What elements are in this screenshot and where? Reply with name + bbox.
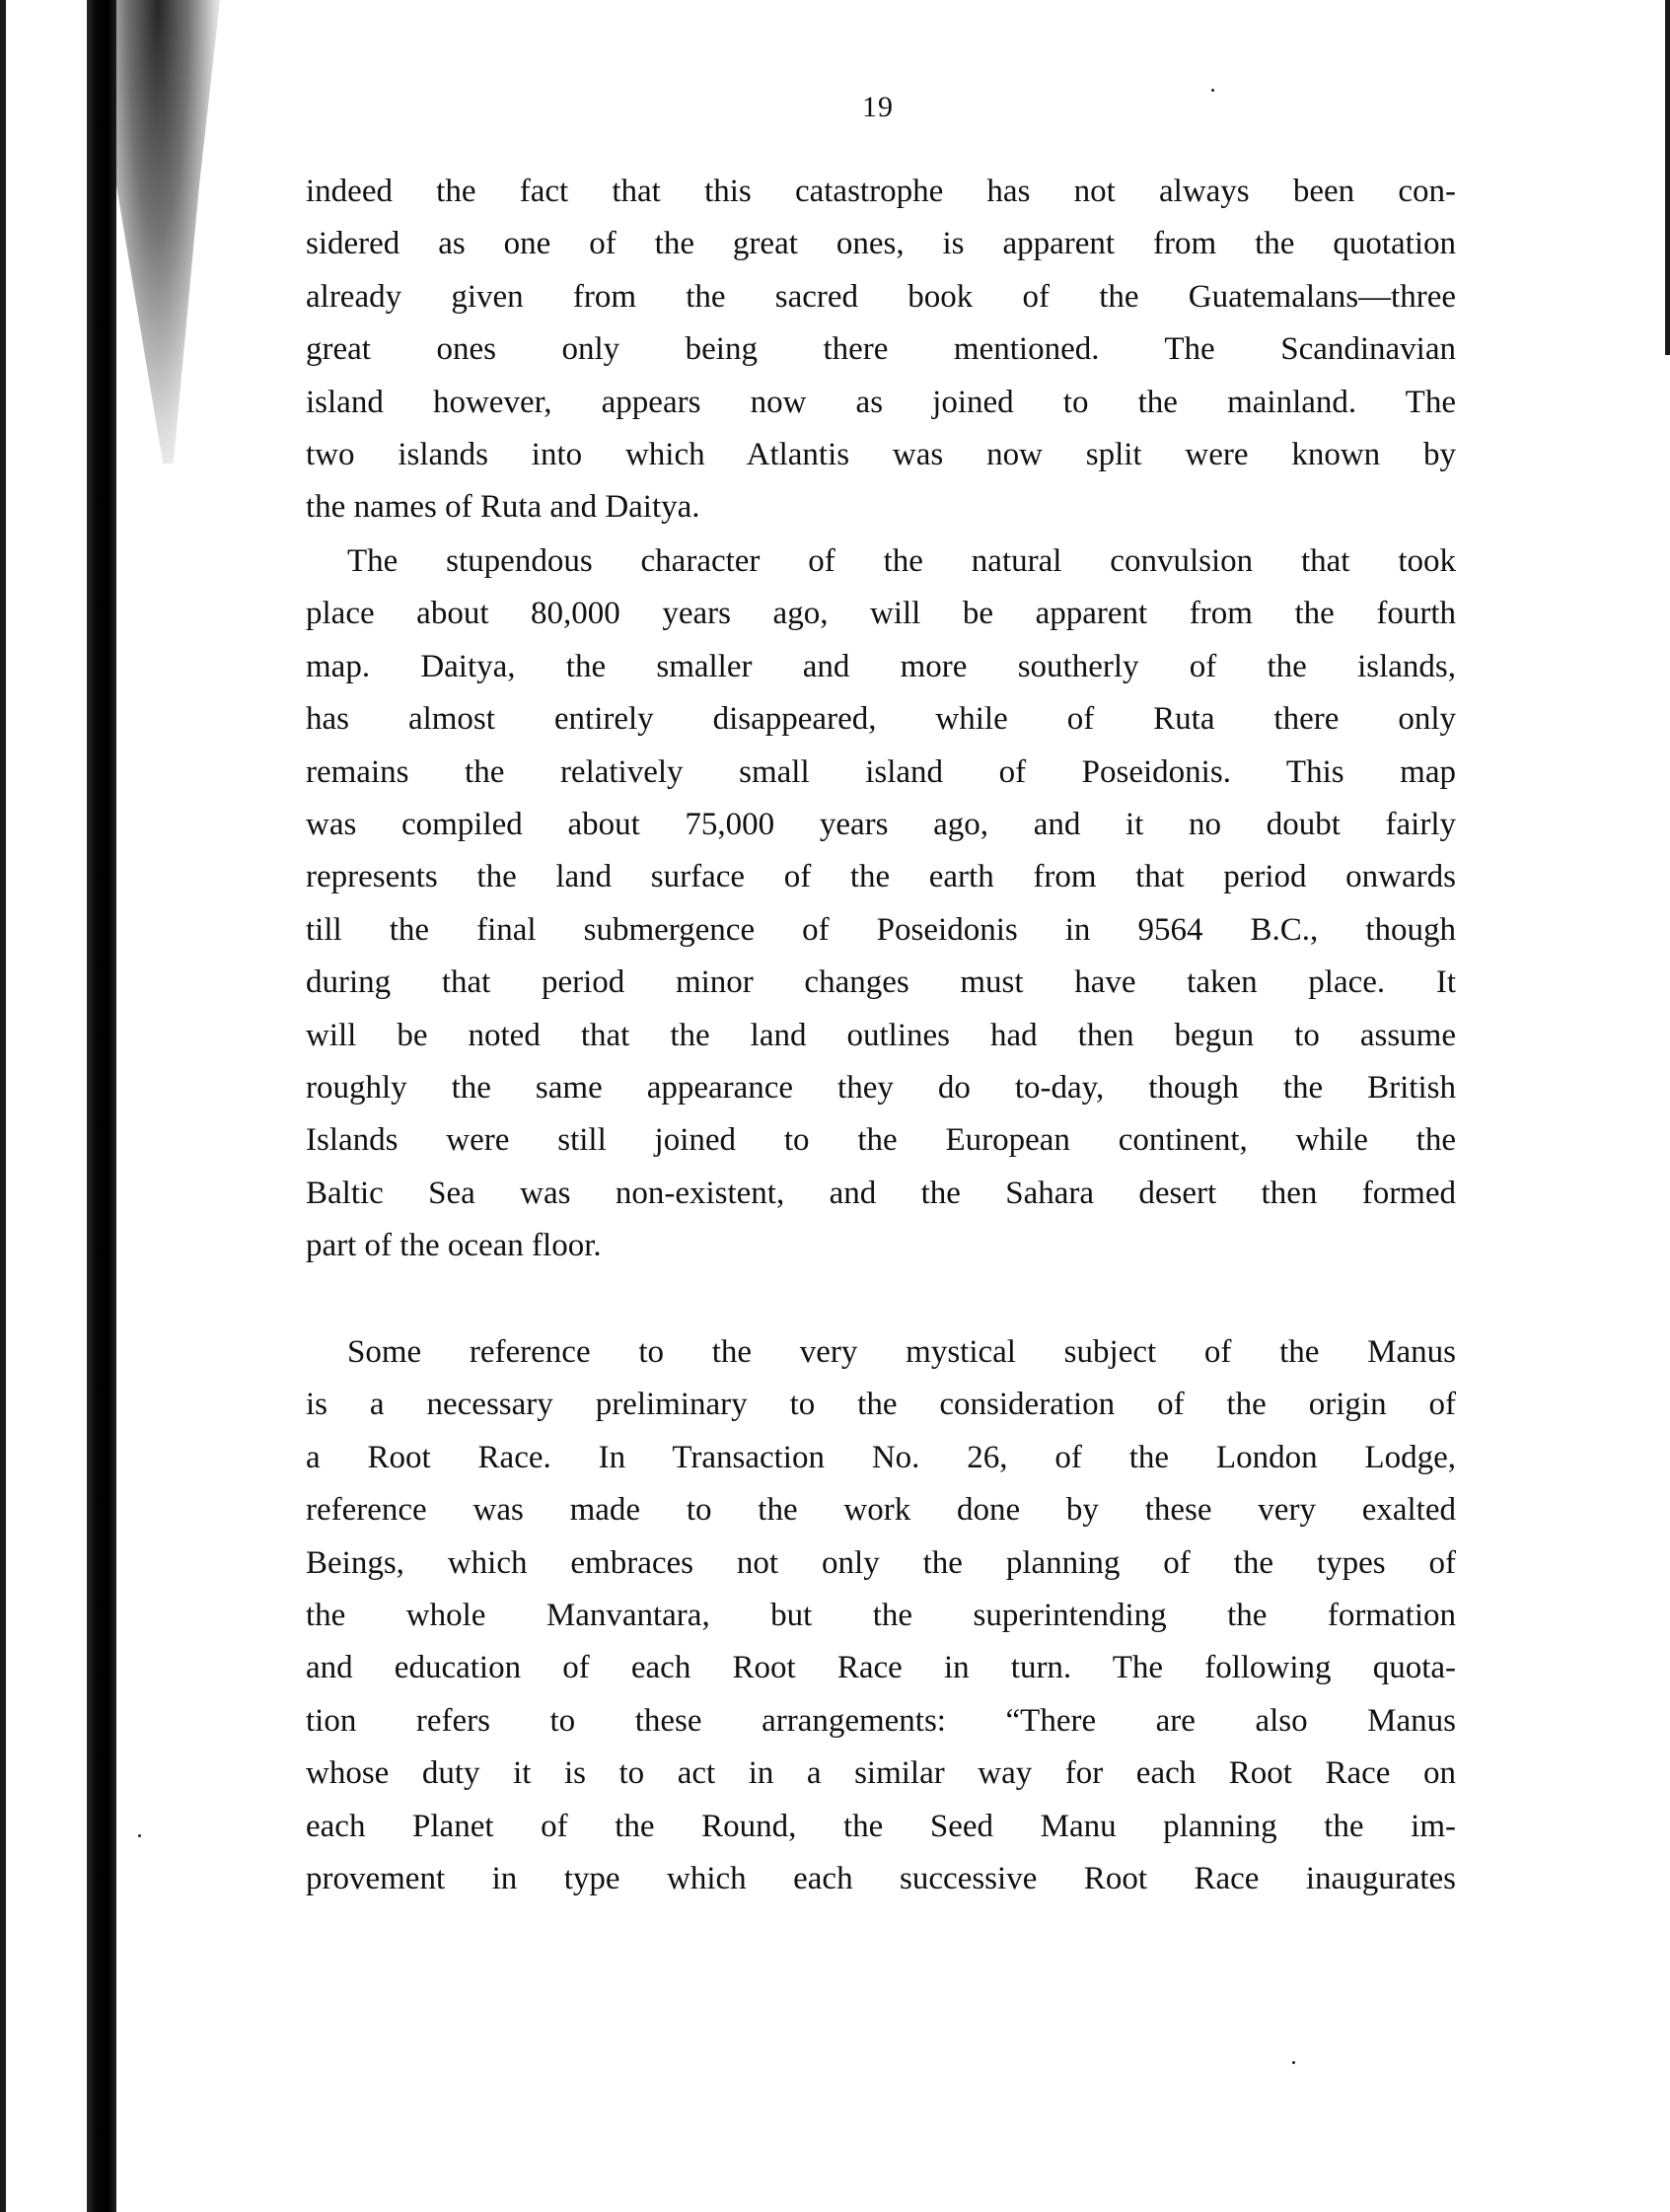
text-line: tion refers to these arrangements: “Ther… xyxy=(306,1695,1456,1748)
text-line: provement in type which each successive … xyxy=(306,1853,1456,1905)
text-line: has almost entirely disappeared, while o… xyxy=(306,693,1456,746)
paragraph-ruta-daitya: indeed the fact that this catastrophe ha… xyxy=(306,166,1456,535)
scan-speck xyxy=(1292,2061,1295,2064)
paragraph-manus: Some reference to the very mystical subj… xyxy=(306,1326,1456,1905)
text-line: Islands were still joined to the Europea… xyxy=(306,1114,1456,1167)
book-binding-shadow xyxy=(87,0,116,2212)
text-line: represents the land surface of the earth… xyxy=(306,851,1456,903)
text-line: The stupendous character of the natural … xyxy=(306,535,1456,588)
text-line: Baltic Sea was non-existent, and the Sah… xyxy=(306,1168,1456,1220)
scan-edge-left xyxy=(0,0,6,2212)
page-number: 19 xyxy=(0,91,1670,124)
text-line: indeed the fact that this catastrophe ha… xyxy=(306,166,1456,218)
text-line: remains the relatively small island of P… xyxy=(306,747,1456,799)
text-line: reference was made to the work done by t… xyxy=(306,1484,1456,1536)
text-line: was compiled about 75,000 years ago, and… xyxy=(306,799,1456,851)
text-line: a Root Race. In Transaction No. 26, of t… xyxy=(306,1432,1456,1484)
text-line: island however, appears now as joined to… xyxy=(306,377,1456,429)
text-line: Beings, which embraces not only the plan… xyxy=(306,1537,1456,1590)
text-line: during that period minor changes must ha… xyxy=(306,957,1456,1009)
text-line: already given from the sacred book of th… xyxy=(306,271,1456,323)
text-line: each Planet of the Round, the Seed Manu … xyxy=(306,1801,1456,1853)
text-line: two islands into which Atlantis was now … xyxy=(306,429,1456,481)
paragraph-natural-convulsion: The stupendous character of the natural … xyxy=(306,535,1456,1272)
text-line: place about 80,000 years ago, will be ap… xyxy=(306,588,1456,640)
text-line: sidered as one of the great ones, is app… xyxy=(306,218,1456,270)
text-line: great ones only being there mentioned. T… xyxy=(306,323,1456,376)
scan-edge-right xyxy=(1665,0,1670,355)
text-line: the whole Manvantara, but the superinten… xyxy=(306,1590,1456,1642)
text-line: and education of each Root Race in turn.… xyxy=(306,1642,1456,1694)
text-line: Some reference to the very mystical subj… xyxy=(306,1326,1456,1379)
text-line: will be noted that the land outlines had… xyxy=(306,1010,1456,1062)
text-line: map. Daitya, the smaller and more southe… xyxy=(306,641,1456,693)
text-line: roughly the same appearance they do to-d… xyxy=(306,1062,1456,1114)
text-line: till the final submergence of Poseidonis… xyxy=(306,904,1456,957)
text-line: the names of Ruta and Daitya. xyxy=(306,481,1456,534)
binding-ink-smear xyxy=(116,0,220,464)
scan-speck xyxy=(138,1834,141,1837)
text-line: whose duty it is to act in a similar way… xyxy=(306,1748,1456,1800)
text-line: is a necessary preliminary to the consid… xyxy=(306,1379,1456,1431)
text-line: part of the ocean floor. xyxy=(306,1220,1456,1272)
